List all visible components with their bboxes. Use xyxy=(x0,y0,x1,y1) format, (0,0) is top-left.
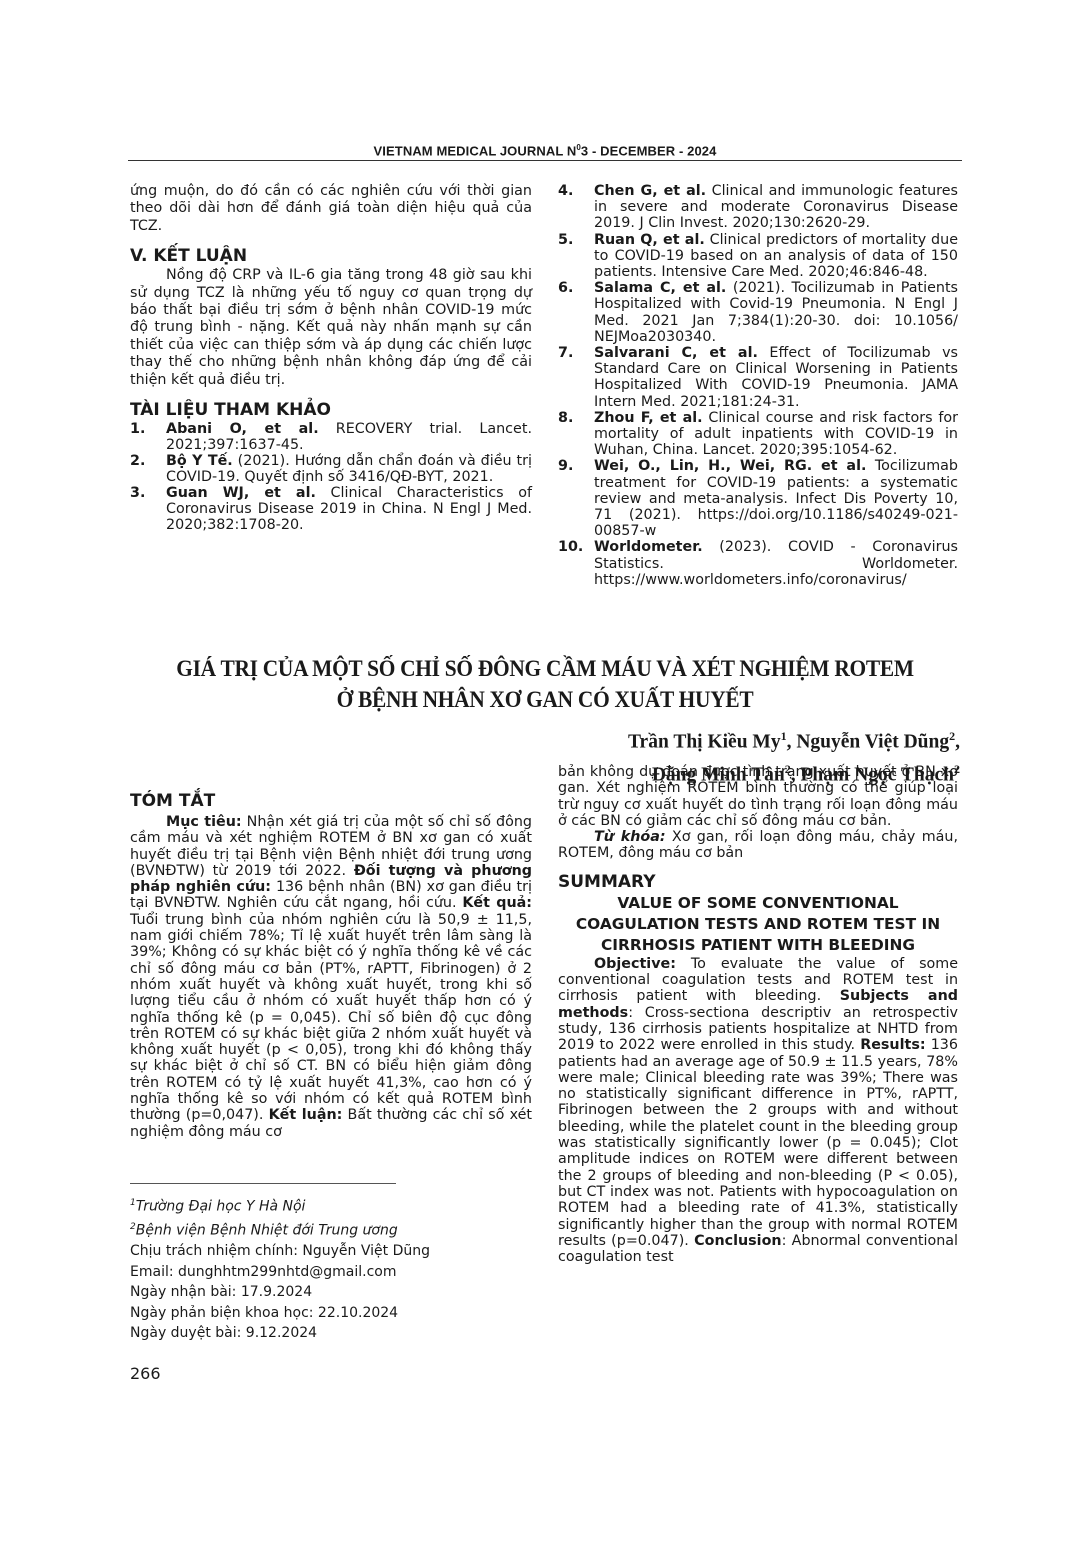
conclusion-text-end: bản không dự đoán được tình trạng xuất h… xyxy=(558,764,958,829)
issue-date: 3 - DECEMBER - 2024 xyxy=(581,143,717,158)
reference-author: Bộ Y Tế. xyxy=(166,453,233,469)
results-label: Results: xyxy=(860,1037,925,1053)
reference-number: 6. xyxy=(558,280,573,296)
reference-item: 4.Chen G, et al. Clinical and immunologi… xyxy=(558,183,958,232)
reference-item: 5.Ruan Q, et al. Clinical predictors of … xyxy=(558,232,958,281)
date-accepted: Ngày duyệt bài: 9.12.2024 xyxy=(130,1323,430,1344)
reference-author: Worldometer. xyxy=(594,539,703,555)
reference-author: Salvarani C, et al. xyxy=(594,345,758,361)
conclusion-label: Kết luận: xyxy=(269,1107,343,1123)
reference-number: 5. xyxy=(558,232,573,248)
footnotes: 1Trường Đại học Y Hà Nội 2Bệnh viện Bệnh… xyxy=(130,1193,430,1344)
date-reviewed: Ngày phản biện khoa học: 22.10.2024 xyxy=(130,1303,430,1324)
abstract-right-column: bản không dự đoán được tình trạng xuất h… xyxy=(558,764,958,1265)
article-title-line2: Ở BỆNH NHÂN XƠ GAN CÓ XUẤT HUYẾT xyxy=(157,684,933,715)
abstract-vi-body: Mục tiêu: Nhận xét giá trị của một số ch… xyxy=(130,814,532,1140)
page-number: 266 xyxy=(130,1364,161,1383)
reference-author: Guan WJ, et al. xyxy=(166,485,316,501)
affiliation-1: 1Trường Đại học Y Hà Nội xyxy=(130,1193,430,1217)
reference-number: 1. xyxy=(130,421,145,437)
reference-author: Wei, O., Lin, H., Wei, RG. et al. xyxy=(594,458,866,474)
article-title-line1: GIÁ TRỊ CỦA MỘT SỐ CHỈ SỐ ĐÔNG CẦM MÁU V… xyxy=(157,653,933,684)
prev-continuation-text: ứng muộn, do đó cần có các nghiên cứu vớ… xyxy=(130,183,532,235)
keywords-label: Từ khóa: xyxy=(594,829,666,845)
reference-number: 2. xyxy=(130,453,145,469)
header-rule xyxy=(128,160,962,161)
reference-item: 9.Wei, O., Lin, H., Wei, RG. et al. Toci… xyxy=(558,458,958,539)
reference-number: 8. xyxy=(558,410,573,426)
reference-author: Salama C, et al. xyxy=(594,280,726,296)
results-label: Kết quả: xyxy=(462,895,532,911)
reference-item: 6.Salama C, et al. (2021). Tocilizumab i… xyxy=(558,280,958,345)
reference-item: 2.Bộ Y Tế. (2021). Hướng dẫn chẩn đoán v… xyxy=(130,453,532,485)
objective-label: Objective: xyxy=(594,956,676,972)
reference-author: Ruan Q, et al. xyxy=(594,232,705,248)
reference-author: Zhou F, et al. xyxy=(594,410,703,426)
author-name: Trần Thị Kiều My xyxy=(628,732,781,753)
running-header: VIETNAM MEDICAL JOURNAL N03 - DECEMBER -… xyxy=(128,143,962,158)
reference-number: 7. xyxy=(558,345,573,361)
corresponding-author: Chịu trách nhiệm chính: Nguyễn Việt Dũng xyxy=(130,1241,430,1262)
reference-item: 1.Abani O, et al. RECOVERY trial. Lancet… xyxy=(130,421,532,453)
reference-number: 3. xyxy=(130,485,145,501)
abstract-vi-column: TÓM TẮT Mục tiêu: Nhận xét giá trị của m… xyxy=(130,790,532,1140)
author-separator: , xyxy=(955,732,960,753)
reference-item: 8.Zhou F, et al. Clinical course and ris… xyxy=(558,410,958,459)
reference-item: 7.Salvarani C, et al. Effect of Tocilizu… xyxy=(558,345,958,410)
email: Email: dunghhtm299nhtd@gmail.com xyxy=(130,1262,430,1283)
affiliation-text: Trường Đại học Y Hà Nội xyxy=(136,1199,306,1215)
references-list-left: 1.Abani O, et al. RECOVERY trial. Lancet… xyxy=(130,421,532,533)
author-name: Nguyễn Việt Dũng xyxy=(796,732,949,753)
article-title: GIÁ TRỊ CỦA MỘT SỐ CHỈ SỐ ĐÔNG CẦM MÁU V… xyxy=(157,653,933,715)
summary-title: VALUE OF SOME CONVENTIONAL COAGULATION T… xyxy=(558,893,958,956)
reference-author: Abani O, et al. xyxy=(166,421,319,437)
results-text: Tuổi trung bình của nhóm nghiên cứu là 5… xyxy=(130,912,532,1124)
conclusion-label: Conclusion xyxy=(694,1233,781,1249)
reference-author: Chen G, et al. xyxy=(594,183,706,199)
footnote-rule xyxy=(130,1183,396,1184)
affiliation-2: 2Bệnh viện Bệnh Nhiệt đới Trung ương xyxy=(130,1217,430,1241)
reference-number: 9. xyxy=(558,458,573,474)
abstract-vi-heading: TÓM TẮT xyxy=(130,790,532,812)
objective-label: Mục tiêu: xyxy=(166,814,242,830)
prev-article-left-column: ứng muộn, do đó cần có các nghiên cứu vớ… xyxy=(130,183,532,533)
author-separator: , xyxy=(787,732,797,753)
summary-body: Objective: To evaluate the value of some… xyxy=(558,956,958,1266)
conclusion-heading: V. KẾT LUẬN xyxy=(130,245,532,267)
abstract-vi-continuation: bản không dự đoán được tình trạng xuất h… xyxy=(558,764,958,829)
prev-article-right-column: 4.Chen G, et al. Clinical and immunologi… xyxy=(558,183,958,588)
reference-number: 4. xyxy=(558,183,573,199)
results-text: 136 patients had an average age of 50.9 … xyxy=(558,1037,958,1249)
journal-page: VIETNAM MEDICAL JOURNAL N03 - DECEMBER -… xyxy=(0,0,1090,1541)
references-heading: TÀI LIỆU THAM KHẢO xyxy=(130,399,532,421)
reference-item: 3.Guan WJ, et al. Clinical Characteristi… xyxy=(130,485,532,533)
summary-heading: SUMMARY xyxy=(558,871,958,893)
affiliation-text: Bệnh viện Bệnh Nhiệt đới Trung ương xyxy=(136,1223,398,1239)
date-received: Ngày nhận bài: 17.9.2024 xyxy=(130,1282,430,1303)
references-list-right: 4.Chen G, et al. Clinical and immunologi… xyxy=(558,183,958,588)
reference-number: 10. xyxy=(558,539,583,555)
conclusion-text: Nồng độ CRP và IL-6 gia tăng trong 48 gi… xyxy=(130,267,532,389)
journal-name: VIETNAM MEDICAL JOURNAL N xyxy=(374,143,577,158)
reference-item: 10.Worldometer. (2023). COVID - Coronavi… xyxy=(558,539,958,588)
keywords: Từ khóa: Xơ gan, rối loạn đông máu, chảy… xyxy=(558,829,958,862)
